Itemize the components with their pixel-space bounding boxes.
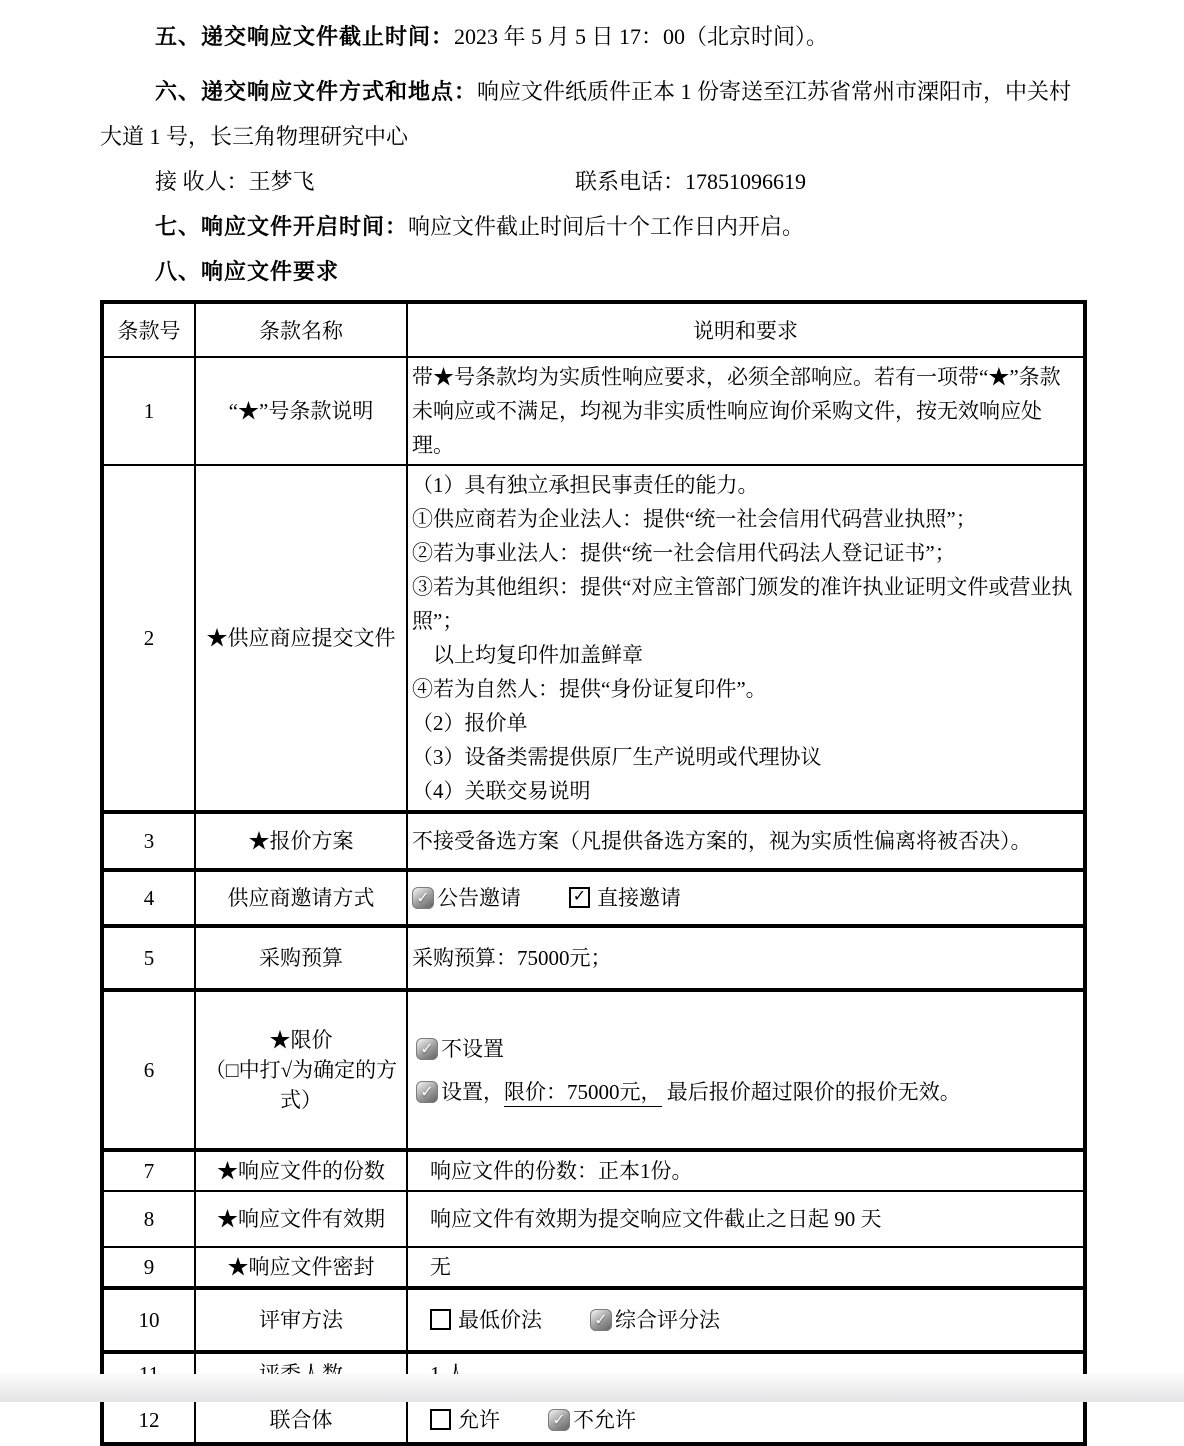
desc-line: ②若为事业法人：提供“统一社会信用代码法人登记证书”；	[412, 536, 1079, 570]
desc-line: 响应文件有效期为提交响应文件截止之日起 90 天	[430, 1202, 1079, 1236]
desc-line: 设置，限价：75000元， 最后报价超过限价的报价无效。	[416, 1077, 1079, 1107]
desc-line: 带★号条款均为实质性响应要求，必须全部响应。若有一项带“★”条款未响应或不满足，…	[412, 360, 1079, 462]
requirements-table: 条款号 条款名称 说明和要求 1“★”号条款说明带★号条款均为实质性响应要求，必…	[100, 300, 1087, 1402]
clause-name-line: ★限价	[200, 1025, 402, 1055]
text-segment: 直接邀请	[597, 886, 681, 910]
text-segment: ④若为自然人：提供“身份证复印件”。	[412, 677, 767, 701]
clause-desc-cell: 带★号条款均为实质性响应要求，必须全部响应。若有一项带“★”条款未响应或不满足，…	[407, 357, 1085, 465]
clause-desc-cell: 公告邀请直接邀请	[407, 870, 1085, 926]
clause-desc-cell: 最低价法综合评分法	[407, 1288, 1085, 1352]
text-segment: 设置，	[441, 1080, 504, 1104]
clause-number-cell: 1	[102, 357, 195, 465]
checkbox-checked-icon	[569, 887, 590, 908]
clause-name-cell: ★响应文件密封	[195, 1247, 407, 1288]
desc-line: ④若为自然人：提供“身份证复印件”。	[412, 672, 1079, 706]
text-segment: 响应文件有效期为提交响应文件截止之日起 90 天	[430, 1207, 882, 1231]
text-segment: 带★号条款均为实质性响应要求，必须全部响应。若有一项带“★”条款未响应或不满足，…	[412, 365, 1061, 457]
checked-badge-icon	[416, 1038, 438, 1060]
table-header-row: 条款号 条款名称 说明和要求	[102, 302, 1085, 357]
checkbox-empty-icon	[430, 1309, 451, 1330]
viewer-bottom-band	[0, 1374, 1184, 1402]
table-row: 2★供应商应提交文件（1）具有独立承担民事责任的能力。①供应商若为企业法人：提供…	[102, 465, 1085, 812]
checked-badge-icon	[590, 1309, 612, 1331]
section-label: 八、响应文件要求	[155, 259, 339, 284]
desc-line: 响应文件的份数：正本1份。	[430, 1154, 1079, 1188]
text-segment: 以上均复印件加盖鲜章	[412, 643, 643, 667]
checked-badge-icon	[412, 887, 434, 909]
desc-line: 以上均复印件加盖鲜章	[412, 638, 1079, 672]
desc-line: 不设置	[416, 1034, 1079, 1064]
clause-number-cell: 9	[102, 1247, 195, 1288]
clause-name-cell: ★响应文件的份数	[195, 1150, 407, 1191]
underlined-text-segment: 限价：75000元，	[504, 1080, 662, 1107]
clause-name-cell: 供应商邀请方式	[195, 870, 407, 926]
para-contact: 接 收人：王梦飞联系电话：17851096619	[100, 159, 1087, 204]
text-segment: （4）关联交易说明	[412, 779, 591, 803]
checked-badge-icon	[416, 1081, 438, 1103]
clause-number-cell: 6	[102, 990, 195, 1150]
clause-number-cell: 4	[102, 870, 195, 926]
header-clause-number: 条款号	[102, 302, 195, 357]
section-label: 六、递交响应文件方式和地点：	[155, 79, 477, 104]
desc-line: ③若为其他组织：提供“对应主管部门颁发的准许执业证明文件或营业执照”；	[412, 570, 1079, 638]
table-row: 7★响应文件的份数响应文件的份数：正本1份。	[102, 1150, 1085, 1191]
text-segment: 不接受备选方案（凡提供备选方案的，视为实质性偏离将被否决）。	[412, 829, 1032, 853]
text-segment: 最低价法	[458, 1308, 542, 1332]
text-segment: 无	[430, 1255, 451, 1279]
section-text: 2023 年 5 月 5 日 17：00（北京时间）。	[454, 24, 828, 49]
desc-line: 公告邀请直接邀请	[412, 881, 1079, 915]
para-open-time: 七、响应文件开启时间：响应文件截止时间后十个工作日内开启。	[100, 204, 1087, 249]
clause-name-cell: ★限价（□中打√为确定的方式）	[195, 990, 407, 1150]
desc-line: 最低价法综合评分法	[430, 1303, 1079, 1337]
clause-desc-cell: 不接受备选方案（凡提供备选方案的，视为实质性偏离将被否决）。	[407, 812, 1085, 870]
section-label: 七、响应文件开启时间：	[155, 214, 408, 239]
table-row: 9★响应文件密封无	[102, 1247, 1085, 1288]
text-segment: 不设置	[441, 1037, 504, 1061]
text-segment: 响应文件的份数：正本1份。	[430, 1159, 693, 1183]
contact-phone: 联系电话：17851096619	[575, 159, 806, 204]
desc-line: （2）报价单	[412, 706, 1079, 740]
intro-section: 五、递交响应文件截止时间：2023 年 5 月 5 日 17：00（北京时间）。…	[100, 14, 1087, 294]
clause-name-cell: ★供应商应提交文件	[195, 465, 407, 812]
table-row: 8★响应文件有效期响应文件有效期为提交响应文件截止之日起 90 天	[102, 1191, 1085, 1247]
document-page: 五、递交响应文件截止时间：2023 年 5 月 5 日 17：00（北京时间）。…	[0, 0, 1184, 1402]
table-row: 1“★”号条款说明带★号条款均为实质性响应要求，必须全部响应。若有一项带“★”条…	[102, 357, 1085, 465]
table-row: 4供应商邀请方式公告邀请直接邀请	[102, 870, 1085, 926]
para-delivery-method: 六、递交响应文件方式和地点：响应文件纸质件正本 1 份寄送至江苏省常州市溧阳市，…	[100, 69, 1087, 159]
table-row: 5采购预算采购预算：75000元；	[102, 926, 1085, 990]
text-segment: 综合评分法	[615, 1308, 720, 1332]
text-segment: 最后报价超过限价的报价无效。	[662, 1080, 961, 1104]
section-text: 响应文件截止时间后十个工作日内开启。	[408, 214, 804, 239]
desc-line: （1）具有独立承担民事责任的能力。	[412, 468, 1079, 502]
clause-desc-cell: 采购预算：75000元；	[407, 926, 1085, 990]
table-row: 6★限价（□中打√为确定的方式）不设置设置，限价：75000元， 最后报价超过限…	[102, 990, 1085, 1150]
clause-name-cell: 评审方法	[195, 1288, 407, 1352]
clause-table-body: 1“★”号条款说明带★号条款均为实质性响应要求，必须全部响应。若有一项带“★”条…	[102, 357, 1085, 1402]
clause-desc-cell: 响应文件的份数：正本1份。	[407, 1150, 1085, 1191]
clause-name-cell: ★报价方案	[195, 812, 407, 870]
table-row: 3★报价方案不接受备选方案（凡提供备选方案的，视为实质性偏离将被否决）。	[102, 812, 1085, 870]
desc-line: 不接受备选方案（凡提供备选方案的，视为实质性偏离将被否决）。	[412, 824, 1079, 858]
desc-line: （4）关联交易说明	[412, 774, 1079, 808]
text-segment: ①供应商若为企业法人：提供“统一社会信用代码营业执照”；	[412, 507, 977, 531]
table-row: 10评审方法最低价法综合评分法	[102, 1288, 1085, 1352]
receiver-name: 接 收人：王梦飞	[155, 169, 315, 194]
desc-line: （3）设备类需提供原厂生产说明或代理协议	[412, 740, 1079, 774]
text-segment: （2）报价单	[412, 711, 528, 735]
para-deadline: 五、递交响应文件截止时间：2023 年 5 月 5 日 17：00（北京时间）。	[100, 14, 1087, 59]
clause-desc-cell: 响应文件有效期为提交响应文件截止之日起 90 天	[407, 1191, 1085, 1247]
desc-line: 无	[430, 1250, 1079, 1284]
clause-number-cell: 7	[102, 1150, 195, 1191]
clause-desc-cell: 不设置设置，限价：75000元， 最后报价超过限价的报价无效。	[407, 990, 1085, 1150]
desc-line: 采购预算：75000元；	[412, 941, 1079, 975]
clause-number-cell: 5	[102, 926, 195, 990]
clause-name-line: （□中打√为确定的方式）	[200, 1055, 402, 1115]
clause-name-cell: 采购预算	[195, 926, 407, 990]
text-segment: 采购预算：75000元；	[412, 946, 612, 970]
header-clause-name: 条款名称	[195, 302, 407, 357]
clause-number-cell: 3	[102, 812, 195, 870]
section-label: 五、递交响应文件截止时间：	[155, 24, 454, 49]
clause-name-cell: ★响应文件有效期	[195, 1191, 407, 1247]
text-segment: ②若为事业法人：提供“统一社会信用代码法人登记证书”；	[412, 541, 956, 565]
clause-number-cell: 8	[102, 1191, 195, 1247]
text-segment: （1）具有独立承担民事责任的能力。	[412, 473, 759, 497]
clause-name-cell: “★”号条款说明	[195, 357, 407, 465]
header-clause-desc: 说明和要求	[407, 302, 1085, 357]
text-segment: ③若为其他组织：提供“对应主管部门颁发的准许执业证明文件或营业执照”；	[412, 575, 1072, 633]
clause-number-cell: 2	[102, 465, 195, 812]
clause-desc-cell: 无	[407, 1247, 1085, 1288]
text-segment: （3）设备类需提供原厂生产说明或代理协议	[412, 745, 822, 769]
clause-number-cell: 10	[102, 1288, 195, 1352]
text-segment: 公告邀请	[437, 886, 521, 910]
para-requirements-title: 八、响应文件要求	[100, 249, 1087, 294]
desc-line: ①供应商若为企业法人：提供“统一社会信用代码营业执照”；	[412, 502, 1079, 536]
clause-desc-cell: （1）具有独立承担民事责任的能力。①供应商若为企业法人：提供“统一社会信用代码营…	[407, 465, 1085, 812]
